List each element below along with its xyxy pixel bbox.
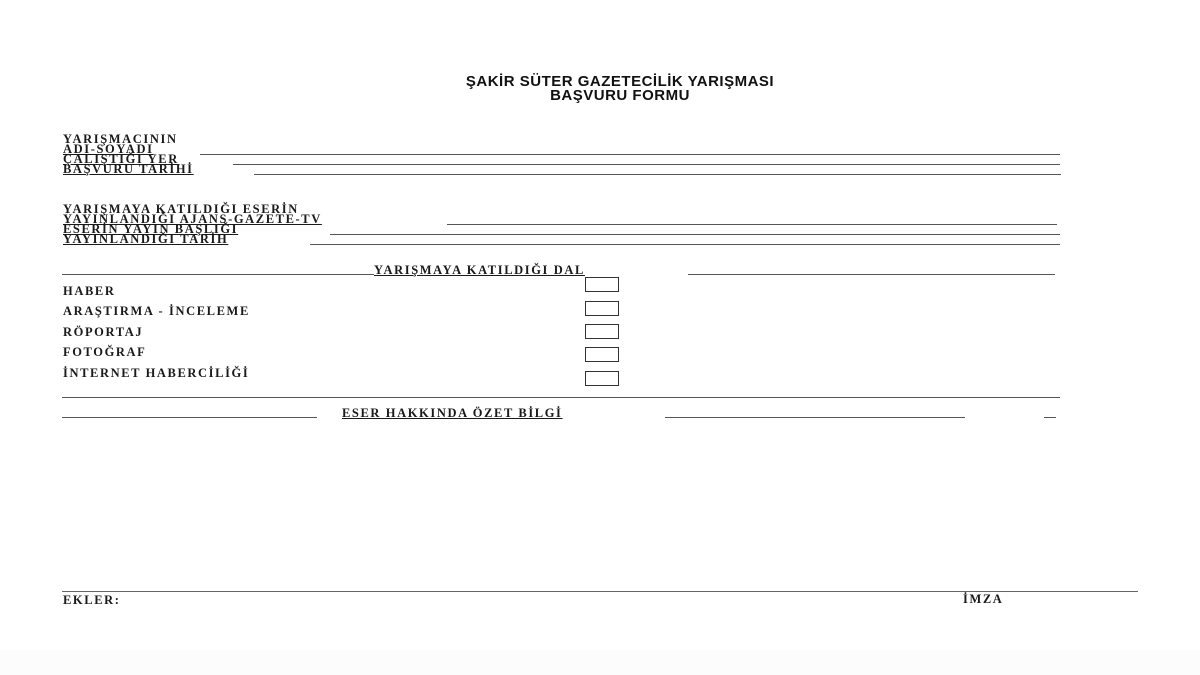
publish-date-label: YAYINLANDIĞI TARİH: [63, 233, 228, 245]
category-heading: YARIŞMAYA KATILDIĞI DAL: [374, 264, 585, 276]
category-label-internet-journalism: İNTERNET HABERCİLİĞİ: [63, 367, 249, 379]
signature-label: İMZA: [963, 593, 1003, 605]
category-label-research: ARAŞTIRMA - İNCELEME: [63, 305, 250, 317]
category-label-news: HABER: [63, 285, 115, 297]
work-title-field[interactable]: [330, 234, 1060, 235]
summary-heading: ESER HAKKINDA ÖZET BİLGİ: [342, 407, 563, 419]
attachments-label: EKLER:: [63, 594, 121, 606]
name-field[interactable]: [200, 154, 1060, 155]
category-label-interview: RÖPORTAJ: [63, 326, 143, 338]
category-checkbox-interview[interactable]: [585, 324, 619, 339]
publisher-field[interactable]: [447, 224, 1057, 225]
summary-text-area[interactable]: [62, 425, 1060, 585]
summary-rule-left: [62, 417, 317, 418]
section-divider: [62, 397, 1060, 398]
application-date-field[interactable]: [254, 174, 1061, 175]
category-rule-left: [62, 274, 374, 275]
form-subtitle: BAŞVURU FORMU: [0, 88, 1200, 104]
summary-rule-right: [665, 417, 965, 418]
category-checkbox-news[interactable]: [585, 277, 619, 292]
category-checkbox-photography[interactable]: [585, 347, 619, 362]
page-bottom-strip: [0, 650, 1200, 675]
category-checkbox-research[interactable]: [585, 301, 619, 316]
publish-date-field[interactable]: [310, 244, 1060, 245]
category-rule-right: [688, 274, 1055, 275]
category-label-photography: FOTOĞRAF: [63, 346, 146, 358]
application-date-label: BAŞVURU TARİHİ: [63, 163, 194, 175]
category-checkbox-internet-journalism[interactable]: [585, 371, 619, 386]
workplace-field[interactable]: [233, 164, 1060, 165]
summary-rule-end: [1044, 417, 1056, 418]
